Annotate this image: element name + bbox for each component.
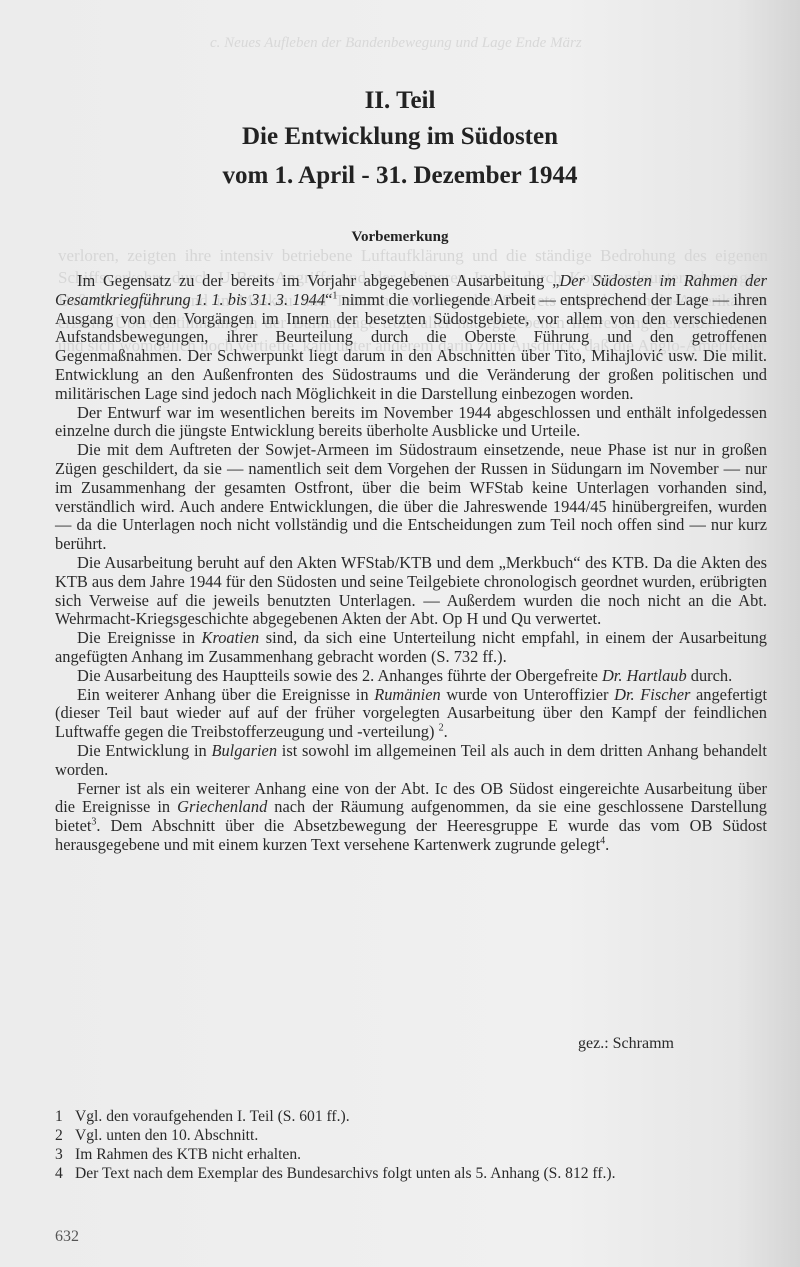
footnote-number: 1 — [55, 1107, 75, 1126]
chapter-heading-line-2: vom 1. April - 31. Dezember 1944 — [0, 156, 800, 196]
text-run: . Dem Abschnitt über die Absetzbewegung … — [55, 816, 767, 854]
paragraph: Ein weiterer Anhang über die Ereignisse … — [55, 686, 767, 742]
text-run: wurde von Unteroffizier — [441, 685, 614, 704]
footnote-number: 4 — [55, 1164, 75, 1183]
text-run: Die Ausarbeitung beruht auf den Akten WF… — [55, 553, 767, 628]
text-run: Die mit dem Auftreten der Sowjet-Armeen … — [55, 440, 767, 553]
text-run: Die Ereignisse in — [77, 628, 202, 647]
paragraph: Ferner ist als ein weiterer Anhang eine … — [55, 780, 767, 855]
footnote-number: 3 — [55, 1145, 75, 1164]
chapter-heading-line-1: Die Entwicklung im Südosten — [0, 118, 800, 156]
emphasis: Dr. Hartlaub — [602, 666, 687, 685]
page-number: 632 — [55, 1228, 79, 1246]
footnote: 1Vgl. den voraufgehenden I. Teil (S. 601… — [55, 1107, 767, 1126]
signature: gez.: Schramm — [578, 1035, 674, 1053]
emphasis: Dr. Fischer — [614, 685, 690, 704]
text-run: Der Entwurf war im wesentlichen bereits … — [55, 403, 767, 441]
text-run: Ein weiterer Anhang über die Ereignisse … — [77, 685, 374, 704]
text-run: Die Entwicklung in — [77, 741, 211, 760]
emphasis: Rumänien — [374, 685, 440, 704]
book-page: c. Neues Aufleben der Bandenbewegung und… — [0, 0, 800, 1267]
footnote: 2Vgl. unten den 10. Abschnitt. — [55, 1126, 767, 1145]
paragraph: Die Entwicklung in Bulgarien ist sowohl … — [55, 742, 767, 780]
text-run: . — [444, 722, 448, 741]
footnote-number: 2 — [55, 1126, 75, 1145]
part-title: II. Teil — [0, 83, 800, 118]
footnote: 3Im Rahmen des KTB nicht erhalten. — [55, 1145, 767, 1164]
emphasis: Bulgarien — [211, 741, 277, 760]
paragraph: Im Gegensatz zu der bereits im Vorjahr a… — [55, 272, 767, 404]
footnote-text: Vgl. unten den 10. Abschnitt. — [75, 1126, 767, 1145]
text-run: . — [605, 835, 609, 854]
text-run: Im Gegensatz zu der bereits im Vorjahr a… — [77, 271, 559, 290]
paragraph: Die Ereignisse in Kroatien sind, da sich… — [55, 629, 767, 667]
footnotes: 1Vgl. den voraufgehenden I. Teil (S. 601… — [55, 1107, 767, 1183]
paragraph: Die Ausarbeitung des Hauptteils sowie de… — [55, 667, 767, 686]
paragraph: Der Entwurf war im wesentlichen bereits … — [55, 404, 767, 442]
paragraph: Die mit dem Auftreten der Sowjet-Armeen … — [55, 441, 767, 554]
bleed-through-header: c. Neues Aufleben der Bandenbewegung und… — [210, 32, 800, 54]
emphasis: Kroatien — [202, 628, 260, 647]
chapter-title: II. Teil Die Entwicklung im Südosten vom… — [0, 83, 800, 196]
body-text: Im Gegensatz zu der bereits im Vorjahr a… — [55, 272, 767, 855]
section-heading: Vorbemerkung — [0, 229, 800, 246]
text-run: Die Ausarbeitung des Hauptteils sowie de… — [77, 666, 602, 685]
footnote-text: Im Rahmen des KTB nicht erhalten. — [75, 1145, 767, 1164]
footnote: 4Der Text nach dem Exemplar des Bundesar… — [55, 1164, 767, 1183]
emphasis: Griechenland — [177, 797, 267, 816]
paragraph: Die Ausarbeitung beruht auf den Akten WF… — [55, 554, 767, 629]
footnote-text: Der Text nach dem Exemplar des Bundesarc… — [75, 1164, 767, 1183]
footnote-text: Vgl. den voraufgehenden I. Teil (S. 601 … — [75, 1107, 767, 1126]
text-run: durch. — [687, 666, 733, 685]
